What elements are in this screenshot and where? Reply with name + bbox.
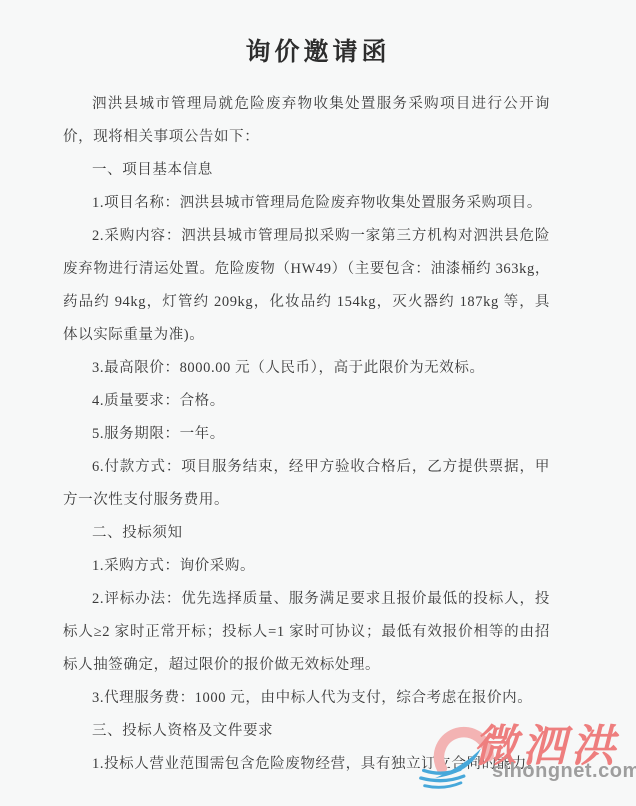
watermark-domain-text: sihongnet.com [492, 760, 636, 783]
document-body: 泗洪县城市管理局就危险废弃物收集处置服务采购项目进行公开询价，现将相关事项公告如… [63, 88, 550, 781]
section-heading-2: 二、投标须知 [63, 517, 550, 550]
site-watermark: 微泗洪 sihongnet.com [415, 708, 625, 800]
section-heading-1: 一、项目基本信息 [63, 154, 550, 187]
paragraph: 1.采购方式：询价采购。 [63, 550, 550, 583]
document-title: 询价邀请函 [0, 32, 636, 68]
paragraph: 6.付款方式：项目服务结束，经甲方验收合格后，乙方提供票据，甲方一次性支付服务费… [63, 451, 550, 517]
paragraph: 1.项目名称：泗洪县城市管理局危险废弃物收集处置服务采购项目。 [63, 187, 550, 220]
paragraph: 4.质量要求：合格。 [63, 385, 550, 418]
paragraph: 2.评标办法：优先选择质量、服务满足要求且报价最低的投标人，投标人≥2 家时正常… [63, 583, 550, 682]
paragraph: 2.采购内容：泗洪县城市管理局拟采购一家第三方机构对泗洪县危险废弃物进行清运处置… [63, 220, 550, 352]
document-page: 询价邀请函 泗洪县城市管理局就危险废弃物收集处置服务采购项目进行公开询价，现将相… [0, 0, 636, 806]
paragraph-intro: 泗洪县城市管理局就危险废弃物收集处置服务采购项目进行公开询价，现将相关事项公告如… [63, 88, 550, 154]
paragraph: 3.最高限价：8000.00 元（人民币），高于此限价为无效标。 [63, 352, 550, 385]
paragraph: 5.服务期限：一年。 [63, 418, 550, 451]
